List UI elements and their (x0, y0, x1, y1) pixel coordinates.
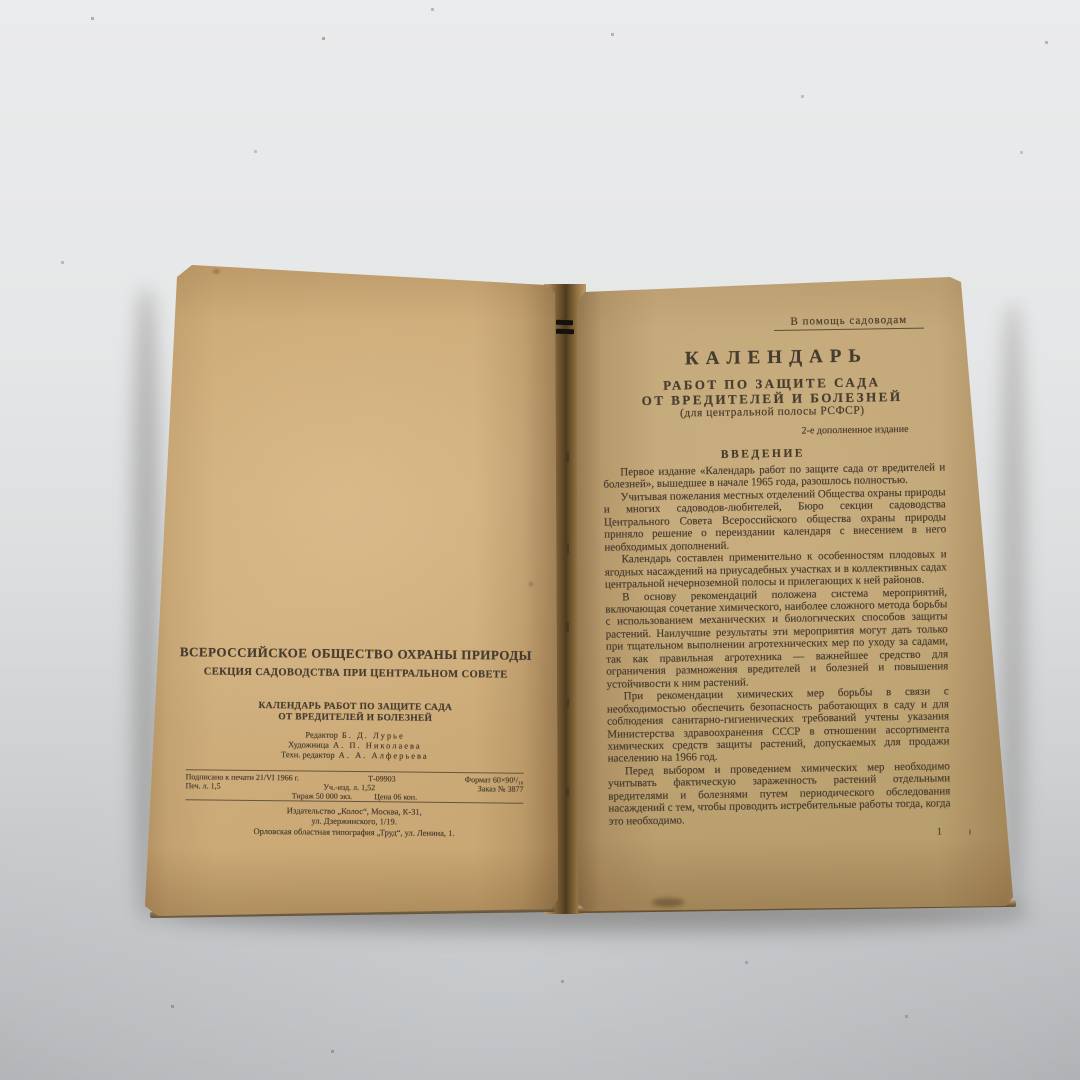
paper-smudge (652, 898, 684, 907)
right-page-content: В помощь садоводам КАЛЕНДАРЬ РАБОТ ПО ЗА… (576, 302, 975, 868)
fold-crease-mark (566, 452, 569, 462)
paragraph: Учитывая пожелания местных отделений Общ… (604, 486, 947, 554)
order-number: Заказ № 3877 (478, 784, 524, 793)
section-heading: ВВЕДЕНИЕ (638, 446, 888, 462)
fold-crease-mark (567, 543, 569, 554)
dust-specks (0, 0, 1, 1)
edition-note: 2-е дополненное издание (768, 423, 943, 437)
paragraph: Календарь составлен применительно к особ… (604, 548, 947, 591)
paragraph: В основу рекомендаций положена система м… (605, 586, 949, 691)
binding-mark (556, 320, 573, 325)
main-title: КАЛЕНДАРЬ (581, 344, 971, 372)
introduction-text: Первое издание «Календарь работ по защит… (603, 461, 951, 827)
credit-label: Художница (288, 739, 329, 749)
credit-name: А. А. Алферьева (339, 750, 429, 761)
printed-sheets: Печ. л. 1,5 (185, 781, 220, 790)
page-number: 1 (937, 826, 942, 837)
credit-name: Б. Д. Лурье (342, 730, 405, 741)
price: Цена 06 коп. (374, 792, 417, 801)
paragraph: Перед выбором и проведением химических м… (608, 760, 951, 828)
series-header: В помощь садоводам (774, 314, 924, 331)
organization-name: ВСЕРОССИЙСКОЕ ОБЩЕСТВО ОХРАНЫ ПРИРОДЫ (171, 644, 541, 664)
left-page-content: ВСЕРОССИЙСКОЕ ОБЩЕСТВО ОХРАНЫ ПРИРОДЫ СЕ… (169, 633, 541, 852)
photo-of-open-book: ВСЕРОССИЙСКОЕ ОБЩЕСТВО ОХРАНЫ ПРИРОДЫ СЕ… (0, 0, 1080, 1080)
paper-speck (529, 582, 533, 586)
fold-crease-mark (566, 788, 569, 796)
fold-crease-mark (567, 698, 569, 707)
print-code: Т-09903 (368, 774, 396, 783)
credit-label: Редактор (305, 729, 338, 739)
fold-crease-mark (566, 622, 569, 632)
binding-mark (556, 329, 574, 334)
credit-label: Техн. редактор (281, 749, 335, 760)
paper-speck (213, 269, 220, 274)
paragraph: При рекомендации химических мер борьбы в… (607, 685, 950, 765)
organization-section: СЕКЦИЯ САДОВОДСТВА ПРИ ЦЕНТРАЛЬНОМ СОВЕТ… (171, 666, 541, 681)
